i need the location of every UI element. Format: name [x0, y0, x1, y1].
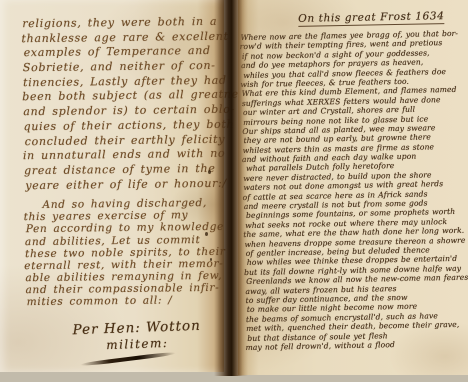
left-page-text: religions, they were both in athanklesse…	[22, 15, 218, 308]
signature-flourish	[80, 351, 176, 367]
left-page: religions, they were both in athanklesse…	[0, 0, 224, 372]
manuscript-line: been both subject (as all greatnes	[22, 88, 214, 105]
book-gutter	[214, 0, 248, 376]
manuscript-line: eternall rest, with their memor-	[24, 258, 216, 272]
left-page-paragraph-2: And so having discharged,this yeares exe…	[24, 197, 217, 308]
page-heading: On this great Frost 1634	[298, 10, 444, 27]
right-page: On this great Frost 1634 Where now are t…	[238, 0, 468, 375]
foxing-spot	[205, 232, 208, 236]
manuscript-line: yeare either of life or honour:/	[25, 176, 217, 193]
right-page-poem: Where now are the flames yee bragg of, y…	[240, 29, 468, 353]
manuscript-line: examples of Temperance and	[24, 44, 216, 61]
signature-block: Per Hen: Wotton militem:	[58, 317, 217, 353]
foxing-spot	[210, 258, 212, 261]
manuscript-line: mities common to all: /	[27, 294, 219, 308]
manuscript-line: in unnaturall ends and with no	[23, 147, 215, 164]
manuscript-line: Pen according to my knowledge	[26, 221, 218, 235]
foxing-spot	[208, 170, 211, 174]
left-page-paragraph-1: religions, they were both in athanklesse…	[22, 15, 216, 194]
manuscript-photo: religions, they were both in athanklesse…	[0, 0, 468, 382]
right-page-text: On this great Frost 1634 Where now are t…	[240, 4, 468, 353]
